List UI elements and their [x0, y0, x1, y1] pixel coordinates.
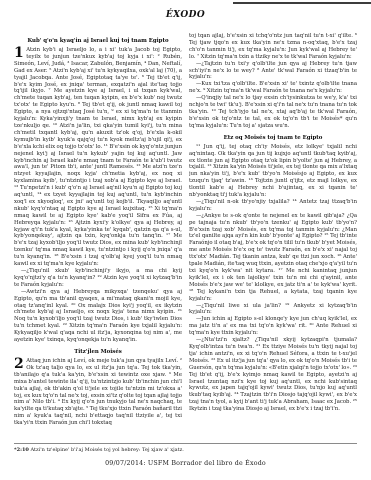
- two-column-text-area: Kub' q'o'n kyaq'in aj Israel kuj toj tna…: [0, 33, 371, 441]
- book-title: ÉXODO: [0, 10, 371, 20]
- verse-paragraph: —Jun ichin aj Egipto s-el klonqe'y kye j…: [189, 316, 357, 337]
- verse-paragraph: —Awtzi'n qya aj Hebreyqa mikyxqa' tzenqe…: [14, 289, 182, 344]
- section-heading: Kub' q'o'n kyaq'in aj Israel kuj toj tna…: [14, 38, 182, 45]
- verse-paragraph: —¿Tiqu'nil n-ok tb'yo'njiy txjalila? ¹⁴ …: [189, 199, 357, 213]
- chapter-paragraph: 2Attaq jun ichin aj Leví, ok meje tuk'a …: [14, 358, 182, 427]
- verse-paragraph: —¿Tajtzin tu'n txi'y q'olb'ilte jun qya …: [189, 61, 357, 82]
- verse-paragraph: ¹¹ Jun q'ij, tej otaq ch'iy Moisés, etz …: [189, 144, 357, 199]
- chapter-number-drop-cap: 2: [14, 359, 24, 370]
- document-page: ÉXODO Kub' q'o'n kyaq'in aj Israel kuj t…: [0, 0, 371, 480]
- verse-paragraph: —¿Tiqu'nil xkub' kyb'inchinji'y ikyjo, a…: [14, 268, 182, 289]
- chapter-number-drop-cap: 1: [14, 48, 24, 59]
- footnote: *2:10 Atzi'n tz'elpine' b'i'aj Moisés to…: [0, 444, 371, 453]
- section-heading: Titz'jlen Moisés: [14, 349, 182, 356]
- chapter-paragraph: 1Atzin kyb'i aj Israeljo lo, a i xi' tuk…: [14, 47, 182, 268]
- text-column-left: Kub' q'o'n kyaq'in aj Israel kuj toj tna…: [14, 33, 182, 441]
- page-edge-artifact: [233, 2, 371, 4]
- section-heading: Etz oq Moisés toj tnam te Egipto: [189, 135, 357, 142]
- page-footer: 09/07/2014: USFM Borrador del libro de É…: [0, 460, 371, 467]
- continuation-paragraph: toj tqan ajlaj, b'e'xsin xi tchq'o'ntz j…: [189, 33, 357, 61]
- verse-paragraph: —Kux txi'tza q'olb'ilte. B'e'xsin xi' te…: [189, 81, 357, 95]
- verse-paragraph: —¿Nta'tzi'n xjaltz? ¿Tiqu'nil xkyij kytz…: [189, 337, 357, 413]
- verse-paragraph: —¿Tiqu'nil liwe xi ula ja'lin? ¹⁹ Ankyet…: [189, 303, 357, 317]
- verse-paragraph: —Q'inqjiy tal ne'x lo tjay exsin ch'iysi…: [189, 95, 357, 130]
- footnote-marker: *2:10: [14, 447, 29, 453]
- text-column-right: toj tqan ajlaj, b'e'xsin xi tchq'o'ntz j…: [189, 33, 357, 441]
- footnote-text: Atzi'n tz'elpine' b'i'aj Moisés toj yol …: [29, 447, 184, 453]
- verse-paragraph: —¿Ankye te s-ok q'onte te nejenel ex te …: [189, 213, 357, 303]
